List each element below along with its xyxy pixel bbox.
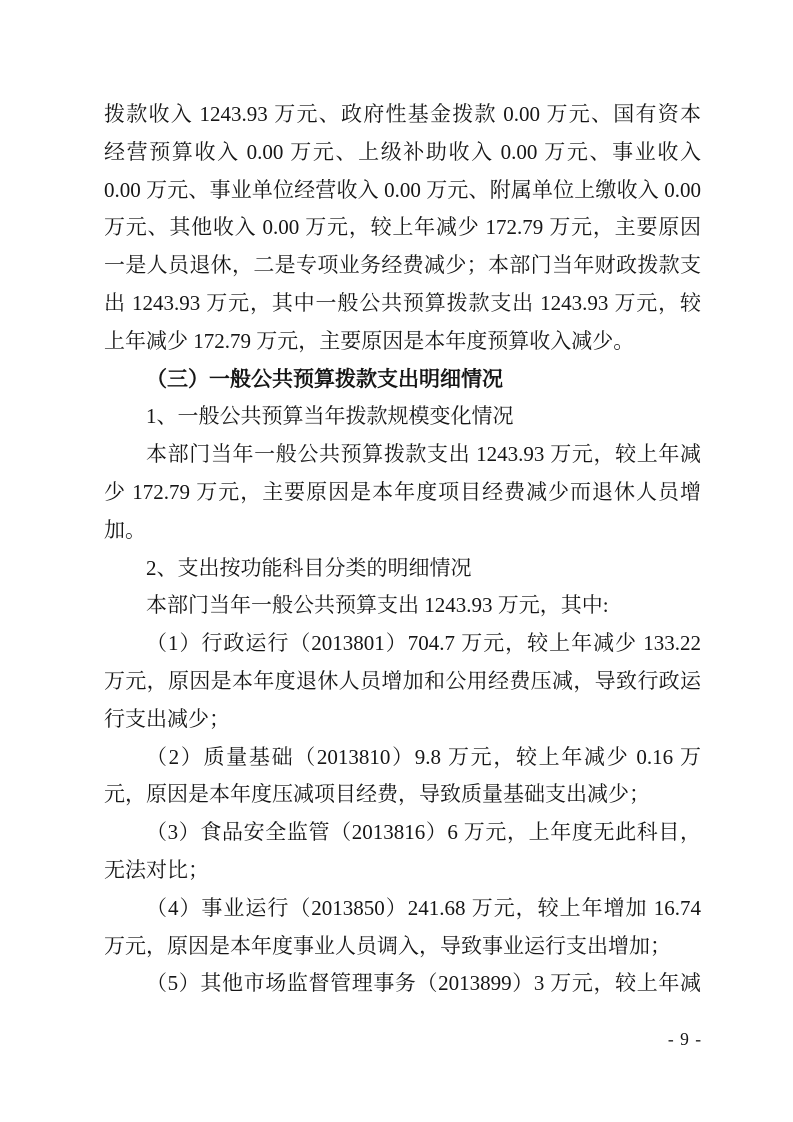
text-line: 出 1243.93 万元，其中一般公共预算拨款支出 1243.93 万元，较	[104, 285, 701, 323]
text-line: 万元、其他收入 0.00 万元，较上年减少 172.79 万元，主要原因	[104, 209, 701, 247]
text-line: 元，原因是本年度压减项目经费，导致质量基础支出减少；	[104, 776, 701, 814]
list-item-line: （1）行政运行（2013801）704.7 万元，较上年减少 133.22	[104, 625, 701, 663]
text-line: 万元，原因是本年度事业人员调入，导致事业运行支出增加；	[104, 928, 701, 966]
paragraph: 拨款收入 1243.93 万元、政府性基金拨款 0.00 万元、国有资本 经营预…	[104, 96, 701, 361]
text-line: 行支出减少；	[104, 701, 701, 739]
paragraph: （5）其他市场监督管理事务（2013899）3 万元，较上年减	[104, 965, 701, 1003]
paragraph: （4）事业运行（2013850）241.68 万元，较上年增加 16.74 万元…	[104, 890, 701, 966]
text-line: 经营预算收入 0.00 万元、上级补助收入 0.00 万元、事业收入	[104, 134, 701, 172]
paragraph: （3）食品安全监管（2013816）6 万元，上年度无此科目， 无法对比；	[104, 814, 701, 890]
section-heading-line: （三）一般公共预算拨款支出明细情况	[104, 361, 701, 399]
text-line: 万元，原因是本年度退休人员增加和公用经费压减，导致行政运	[104, 663, 701, 701]
paragraph: （2）质量基础（2013810）9.8 万元，较上年减少 0.16 万 元，原因…	[104, 739, 701, 815]
text-line: 加。	[104, 512, 701, 550]
paragraph: 2、支出按功能科目分类的明细情况	[104, 550, 701, 588]
paragraph: 本部门当年一般公共预算拨款支出 1243.93 万元，较上年减 少 172.79…	[104, 436, 701, 549]
text-line: 拨款收入 1243.93 万元、政府性基金拨款 0.00 万元、国有资本	[104, 96, 701, 134]
text-line: 少 172.79 万元，主要原因是本年度项目经费减少而退休人员增	[104, 474, 701, 512]
text-line: 无法对比；	[104, 852, 701, 890]
text-line: 一是人员退休，二是专项业务经费减少；本部门当年财政拨款支	[104, 247, 701, 285]
text-line: 本部门当年一般公共预算拨款支出 1243.93 万元，较上年减	[104, 436, 701, 474]
paragraph: （1）行政运行（2013801）704.7 万元，较上年减少 133.22 万元…	[104, 625, 701, 738]
document-text-block: 拨款收入 1243.93 万元、政府性基金拨款 0.00 万元、国有资本 经营预…	[104, 96, 701, 1003]
list-item-line: （2）质量基础（2013810）9.8 万元，较上年减少 0.16 万	[104, 739, 701, 777]
sub-heading-line: 2、支出按功能科目分类的明细情况	[104, 550, 701, 588]
paragraph: 1、一般公共预算当年拨款规模变化情况	[104, 398, 701, 436]
paragraph: （三）一般公共预算拨款支出明细情况	[104, 361, 701, 399]
page-number: - 9 -	[650, 1026, 720, 1052]
text-line: 上年减少 172.79 万元，主要原因是本年度预算收入减少。	[104, 323, 701, 361]
text-line: 本部门当年一般公共预算支出 1243.93 万元，其中:	[104, 587, 701, 625]
paragraph: 本部门当年一般公共预算支出 1243.93 万元，其中:	[104, 587, 701, 625]
list-item-line: （4）事业运行（2013850）241.68 万元，较上年增加 16.74	[104, 890, 701, 928]
list-item-line: （5）其他市场监督管理事务（2013899）3 万元，较上年减	[104, 965, 701, 1003]
list-item-line: （3）食品安全监管（2013816）6 万元，上年度无此科目，	[104, 814, 701, 852]
sub-heading-line: 1、一般公共预算当年拨款规模变化情况	[104, 398, 701, 436]
text-line: 0.00 万元、事业单位经营收入 0.00 万元、附属单位上缴收入 0.00	[104, 172, 701, 210]
document-page: 拨款收入 1243.93 万元、政府性基金拨款 0.00 万元、国有资本 经营预…	[0, 0, 793, 1122]
